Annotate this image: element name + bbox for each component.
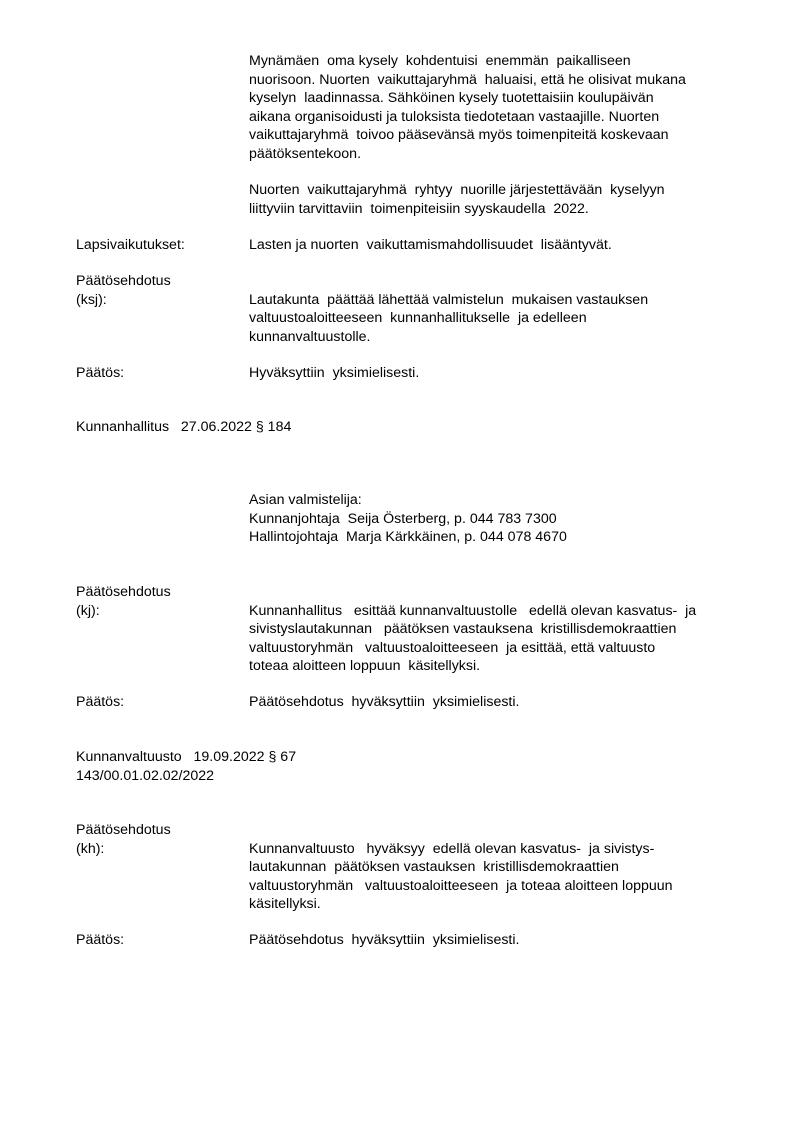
section-label: Päätös:	[76, 364, 124, 383]
section-label: Päätös:	[76, 931, 124, 950]
text-line: valtuustoryhmän valtuustoaloitteeseen ja…	[249, 877, 673, 896]
text-line: nuorisoon. Nuorten vaikuttajaryhmä halua…	[249, 71, 686, 90]
section-text: Päätösehdotus hyväksyttiin yksimielisest…	[249, 931, 519, 950]
section-text: Lasten ja nuorten vaikuttamismahdollisuu…	[249, 236, 612, 255]
text-line: Kunnanvaltuusto hyväksyy edellä olevan k…	[249, 840, 654, 859]
section-label: (kj):	[76, 602, 100, 621]
text-line: käsitellyksi.	[249, 895, 321, 914]
text-line: valtuustoryhmän valtuustoaloitteeseen ja…	[249, 639, 655, 658]
kunnanhallitus-header: Kunnanhallitus 27.06.2022 § 184	[76, 418, 291, 437]
section-label: Päätösehdotus	[76, 821, 171, 840]
text-line: valtuustoaloitteeseen kunnanhallituksell…	[249, 309, 587, 328]
section-label: (ksj):	[76, 291, 107, 310]
text-line: liittyviin tarvittaviin toimenpiteisiin …	[249, 200, 589, 219]
section-text: Päätösehdotus hyväksyttiin yksimielisest…	[249, 693, 519, 712]
text-line: Nuorten vaikuttajaryhmä ryhtyy nuorille …	[249, 181, 665, 200]
text-line: päätöksentekoon.	[249, 145, 361, 164]
section-label: (kh):	[76, 840, 104, 859]
text-line: Kunnanjohtaja Seija Österberg, p. 044 78…	[249, 510, 557, 529]
section-label: Päätösehdotus	[76, 583, 171, 602]
text-line: Lautakunta päättää lähettää valmistelun …	[249, 291, 648, 310]
header-line: 143/00.01.02.02/2022	[76, 767, 214, 786]
section-label: Päätös:	[76, 693, 124, 712]
text-line: toteaa aloitteen loppuun käsitellyksi.	[249, 657, 480, 676]
text-line: sivistyslautakunnan päätöksen vastauksen…	[249, 620, 676, 639]
section-label: Lapsivaikutukset:	[76, 236, 185, 255]
text-line: kyselyn laadinnassa. Sähköinen kysely tu…	[249, 89, 654, 108]
text-line: aikana organisoidusti ja tuloksista tied…	[249, 108, 659, 127]
text-line: Kunnanhallitus esittää kunnanvaltuustoll…	[249, 602, 696, 621]
text-line: Asian valmistelija:	[249, 491, 362, 510]
header-line: Kunnanvaltuusto 19.09.2022 § 67	[76, 748, 296, 767]
text-line: vaikuttajaryhmä toivoo pääsevänsä myös t…	[249, 126, 669, 145]
section-text: Hyväksyttiin yksimielisesti.	[249, 364, 419, 383]
section-label: Päätösehdotus	[76, 272, 171, 291]
text-line: Hallintojohtaja Marja Kärkkäinen, p. 044…	[249, 528, 567, 547]
text-line: Mynämäen oma kysely kohdentuisi enemmän …	[249, 52, 631, 71]
text-line: lautakunnan päätöksen vastauksen kristil…	[249, 858, 619, 877]
text-line: kunnanvaltuustolle.	[249, 328, 370, 347]
